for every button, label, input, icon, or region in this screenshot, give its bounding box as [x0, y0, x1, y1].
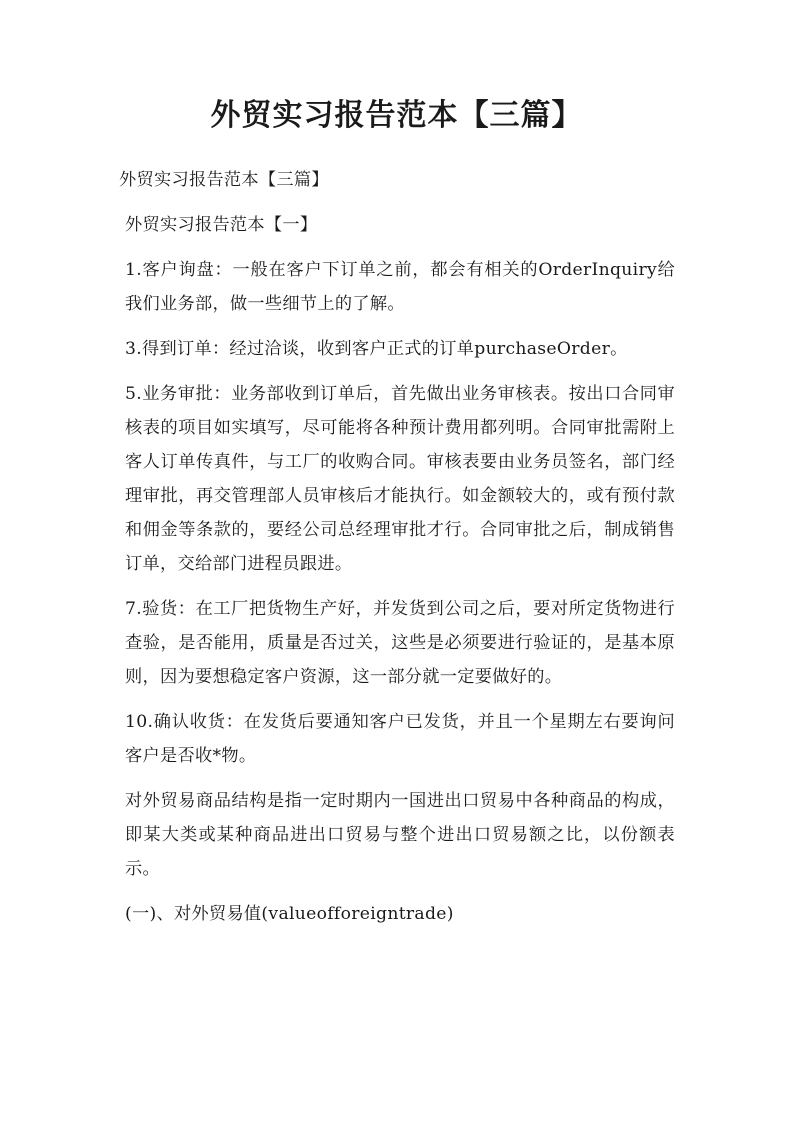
paragraph-step-10: 10.确认收货：在发货后要通知客户已发货，并且一个星期左右要询问客户是否收*物。 — [119, 705, 675, 773]
document-title: 外贸实习报告范本【三篇】 — [0, 94, 793, 138]
trade-value-heading: (一)、对外贸易值(valueofforeigntrade) — [119, 897, 675, 931]
paragraph-step-5: 5.业务审批：业务部收到订单后，首先做出业务审核表。按出口合同审核表的项目如实填… — [119, 377, 675, 581]
paragraph-step-1: 1.客户询盘：一般在客户下订单之前，都会有相关的OrderInquiry给我们业… — [119, 253, 675, 321]
document-page: 外贸实习报告范本【三篇】 外贸实习报告范本【三篇】 外贸实习报告范本【一】 1.… — [0, 0, 793, 1122]
subtitle: 外贸实习报告范本【三篇】 — [119, 163, 675, 197]
paragraph-trade-structure: 对外贸易商品结构是指一定时期内一国进出口贸易中各种商品的构成，即某大类或某种商品… — [119, 784, 675, 886]
paragraph-step-7: 7.验货：在工厂把货物生产好，并发货到公司之后，要对所定货物进行查验，是否能用，… — [119, 592, 675, 694]
paragraph-step-3: 3.得到订单：经过洽谈，收到客户正式的订单purchaseOrder。 — [119, 332, 675, 366]
section-heading: 外贸实习报告范本【一】 — [119, 208, 675, 242]
document-body: 外贸实习报告范本【三篇】 外贸实习报告范本【一】 1.客户询盘：一般在客户下订单… — [119, 163, 675, 942]
